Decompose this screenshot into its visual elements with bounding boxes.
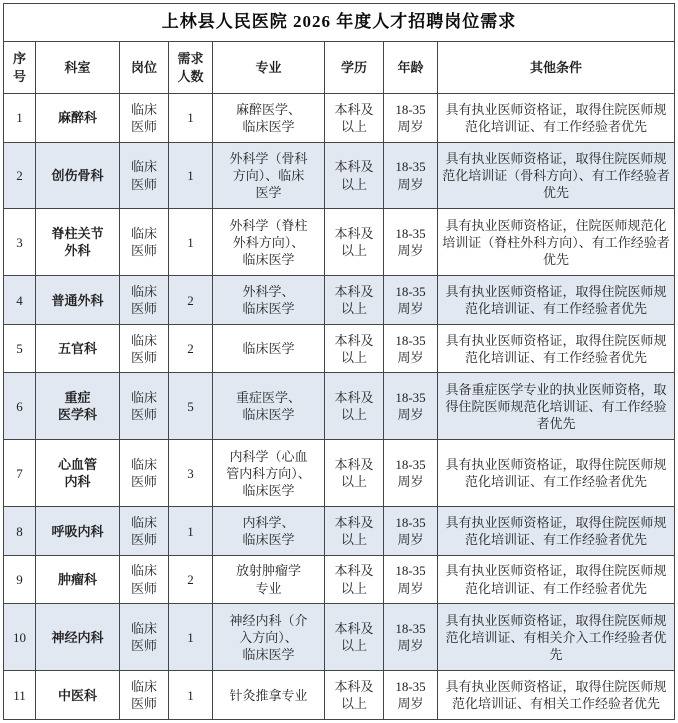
cell-count: 1 <box>169 671 213 720</box>
recruitment-table: 上林县人民医院 2026 年度人才招聘岗位需求 序 号 科室 岗位 需求 人数 … <box>3 3 675 720</box>
table-row: 5五官科临床 医师2临床医学本科及 以上18-35 周岁具有执业医师资格证，取得… <box>4 324 675 373</box>
cell-post: 临床 医师 <box>120 142 169 209</box>
cell-other: 具有执业医师资格证，取得住院医师规范化培训证（骨科方向）、有工作经验者优先 <box>438 142 675 209</box>
table-title-row: 上林县人民医院 2026 年度人才招聘岗位需求 <box>4 4 675 42</box>
cell-age: 18-35 周岁 <box>384 604 438 671</box>
header-post: 岗位 <box>120 42 169 94</box>
cell-no: 8 <box>4 507 36 556</box>
cell-degree: 本科及 以上 <box>325 209 384 276</box>
header-degree: 学历 <box>325 42 384 94</box>
cell-dept: 呼吸内科 <box>36 507 120 556</box>
cell-other: 具有执业医师资格证，取得住院医师规范化培训证、有工作经验者优先 <box>438 276 675 325</box>
cell-major: 内科学、 临床医学 <box>213 507 325 556</box>
header-other: 其他条件 <box>438 42 675 94</box>
table-row: 1麻醉科临床 医师1麻醉医学、 临床医学本科及 以上18-35 周岁具有执业医师… <box>4 94 675 143</box>
table-row: 2创伤骨科临床 医师1外科学（骨科 方向）、临床 医学本科及 以上18-35 周… <box>4 142 675 209</box>
cell-count: 2 <box>169 324 213 373</box>
cell-post: 临床 医师 <box>120 373 169 440</box>
cell-other: 具有执业医师资格证，取得住院医师规范化培训证、有工作经验者优先 <box>438 440 675 507</box>
cell-degree: 本科及 以上 <box>325 507 384 556</box>
cell-age: 18-35 周岁 <box>384 276 438 325</box>
cell-degree: 本科及 以上 <box>325 94 384 143</box>
cell-post: 临床 医师 <box>120 555 169 604</box>
cell-major: 放射肿瘤学 专业 <box>213 555 325 604</box>
table-row: 11中医科临床 医师1针灸推拿专业本科及 以上18-35 周岁具有执业医师资格证… <box>4 671 675 720</box>
cell-major: 麻醉医学、 临床医学 <box>213 94 325 143</box>
header-age: 年龄 <box>384 42 438 94</box>
cell-dept: 五官科 <box>36 324 120 373</box>
table-row: 10神经内科临床 医师1神经内科（介 入方向）、 临床医学本科及 以上18-35… <box>4 604 675 671</box>
cell-count: 2 <box>169 555 213 604</box>
cell-other: 具有执业医师资格证，取得住院医师规范化培训证、有工作经验者优先 <box>438 507 675 556</box>
cell-age: 18-35 周岁 <box>384 671 438 720</box>
cell-count: 2 <box>169 276 213 325</box>
cell-major: 神经内科（介 入方向）、 临床医学 <box>213 604 325 671</box>
cell-post: 临床 医师 <box>120 324 169 373</box>
table-header-row: 序 号 科室 岗位 需求 人数 专业 学历 年龄 其他条件 <box>4 42 675 94</box>
cell-no: 6 <box>4 373 36 440</box>
cell-no: 10 <box>4 604 36 671</box>
cell-age: 18-35 周岁 <box>384 324 438 373</box>
cell-major: 重症医学、 临床医学 <box>213 373 325 440</box>
cell-age: 18-35 周岁 <box>384 94 438 143</box>
cell-post: 临床 医师 <box>120 671 169 720</box>
table-row: 4普通外科临床 医师2外科学、 临床医学本科及 以上18-35 周岁具有执业医师… <box>4 276 675 325</box>
cell-age: 18-35 周岁 <box>384 373 438 440</box>
cell-age: 18-35 周岁 <box>384 142 438 209</box>
cell-no: 3 <box>4 209 36 276</box>
cell-other: 具有执业医师资格证，住院医师规范化培训证（脊柱外科方向）、有工作经验者优先 <box>438 209 675 276</box>
cell-degree: 本科及 以上 <box>325 555 384 604</box>
cell-dept: 脊柱关节 外科 <box>36 209 120 276</box>
cell-dept: 重症 医学科 <box>36 373 120 440</box>
cell-major: 针灸推拿专业 <box>213 671 325 720</box>
cell-no: 5 <box>4 324 36 373</box>
cell-degree: 本科及 以上 <box>325 142 384 209</box>
cell-other: 具有执业医师资格证，取得住院医师规范化培训证、有工作经验者优先 <box>438 324 675 373</box>
cell-post: 临床 医师 <box>120 604 169 671</box>
cell-no: 4 <box>4 276 36 325</box>
cell-age: 18-35 周岁 <box>384 507 438 556</box>
cell-degree: 本科及 以上 <box>325 324 384 373</box>
cell-dept: 麻醉科 <box>36 94 120 143</box>
header-count: 需求 人数 <box>169 42 213 94</box>
cell-age: 18-35 周岁 <box>384 209 438 276</box>
cell-major: 外科学、 临床医学 <box>213 276 325 325</box>
cell-dept: 中医科 <box>36 671 120 720</box>
cell-age: 18-35 周岁 <box>384 440 438 507</box>
cell-count: 3 <box>169 440 213 507</box>
cell-dept: 心血管 内科 <box>36 440 120 507</box>
table-row: 6重症 医学科临床 医师5重症医学、 临床医学本科及 以上18-35 周岁具备重… <box>4 373 675 440</box>
header-major: 专业 <box>213 42 325 94</box>
table-row: 9肿瘤科临床 医师2放射肿瘤学 专业本科及 以上18-35 周岁具有执业医师资格… <box>4 555 675 604</box>
cell-count: 1 <box>169 209 213 276</box>
cell-no: 7 <box>4 440 36 507</box>
cell-no: 11 <box>4 671 36 720</box>
cell-dept: 神经内科 <box>36 604 120 671</box>
cell-major: 临床医学 <box>213 324 325 373</box>
cell-other: 具有执业医师资格证，取得住院医师规范化培训证、有相关介入工作经验者优先 <box>438 604 675 671</box>
cell-degree: 本科及 以上 <box>325 276 384 325</box>
cell-dept: 肿瘤科 <box>36 555 120 604</box>
cell-post: 临床 医师 <box>120 507 169 556</box>
cell-post: 临床 医师 <box>120 440 169 507</box>
cell-count: 1 <box>169 604 213 671</box>
cell-post: 临床 医师 <box>120 94 169 143</box>
cell-major: 外科学（脊柱 外科方向）、 临床医学 <box>213 209 325 276</box>
cell-no: 9 <box>4 555 36 604</box>
cell-count: 1 <box>169 94 213 143</box>
cell-degree: 本科及 以上 <box>325 373 384 440</box>
cell-other: 具备重症医学专业的执业医师资格，取得住院医师规范化培训证、有工作经验者优先 <box>438 373 675 440</box>
cell-degree: 本科及 以上 <box>325 671 384 720</box>
cell-post: 临床 医师 <box>120 209 169 276</box>
table-row: 8呼吸内科临床 医师1内科学、 临床医学本科及 以上18-35 周岁具有执业医师… <box>4 507 675 556</box>
cell-post: 临床 医师 <box>120 276 169 325</box>
cell-dept: 普通外科 <box>36 276 120 325</box>
cell-major: 内科学（心血 管内科方向）、 临床医学 <box>213 440 325 507</box>
table-body: 1麻醉科临床 医师1麻醉医学、 临床医学本科及 以上18-35 周岁具有执业医师… <box>4 94 675 720</box>
cell-other: 具有执业医师资格证，取得住院医师规范化培训证、有工作经验者优先 <box>438 555 675 604</box>
cell-age: 18-35 周岁 <box>384 555 438 604</box>
cell-major: 外科学（骨科 方向）、临床 医学 <box>213 142 325 209</box>
header-dept: 科室 <box>36 42 120 94</box>
cell-degree: 本科及 以上 <box>325 440 384 507</box>
cell-no: 1 <box>4 94 36 143</box>
cell-degree: 本科及 以上 <box>325 604 384 671</box>
cell-other: 具有执业医师资格证，取得住院医师规范化培训证、有相关工作经验者优先 <box>438 671 675 720</box>
page-title: 上林县人民医院 2026 年度人才招聘岗位需求 <box>4 4 675 42</box>
cell-other: 具有执业医师资格证，取得住院医师规范化培训证、有工作经验者优先 <box>438 94 675 143</box>
header-no: 序 号 <box>4 42 36 94</box>
table-row: 3脊柱关节 外科临床 医师1外科学（脊柱 外科方向）、 临床医学本科及 以上18… <box>4 209 675 276</box>
cell-count: 1 <box>169 507 213 556</box>
cell-count: 5 <box>169 373 213 440</box>
cell-no: 2 <box>4 142 36 209</box>
cell-dept: 创伤骨科 <box>36 142 120 209</box>
table-row: 7心血管 内科临床 医师3内科学（心血 管内科方向）、 临床医学本科及 以上18… <box>4 440 675 507</box>
document-page: 上林县人民医院 2026 年度人才招聘岗位需求 序 号 科室 岗位 需求 人数 … <box>0 0 678 723</box>
cell-count: 1 <box>169 142 213 209</box>
